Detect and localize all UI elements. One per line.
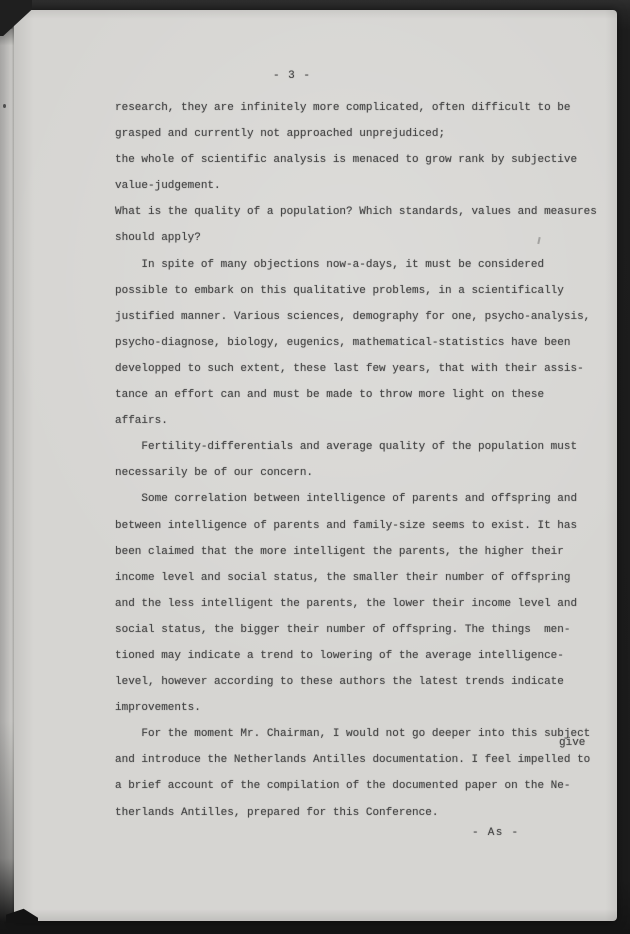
page-number: - 3 - [187,70,397,82]
paper-sheet: - 3 - research, they are infinitely more… [14,10,617,921]
typed-insertion-word: give [559,737,585,749]
typewritten-body-text: research, they are infinitely more compl… [115,95,597,826]
scanned-book-page: - 3 - research, they are infinitely more… [0,0,630,934]
catchword-footer: - As - [472,827,519,839]
scan-speck [3,104,6,108]
book-gutter-page-stack-edge [0,9,15,922]
